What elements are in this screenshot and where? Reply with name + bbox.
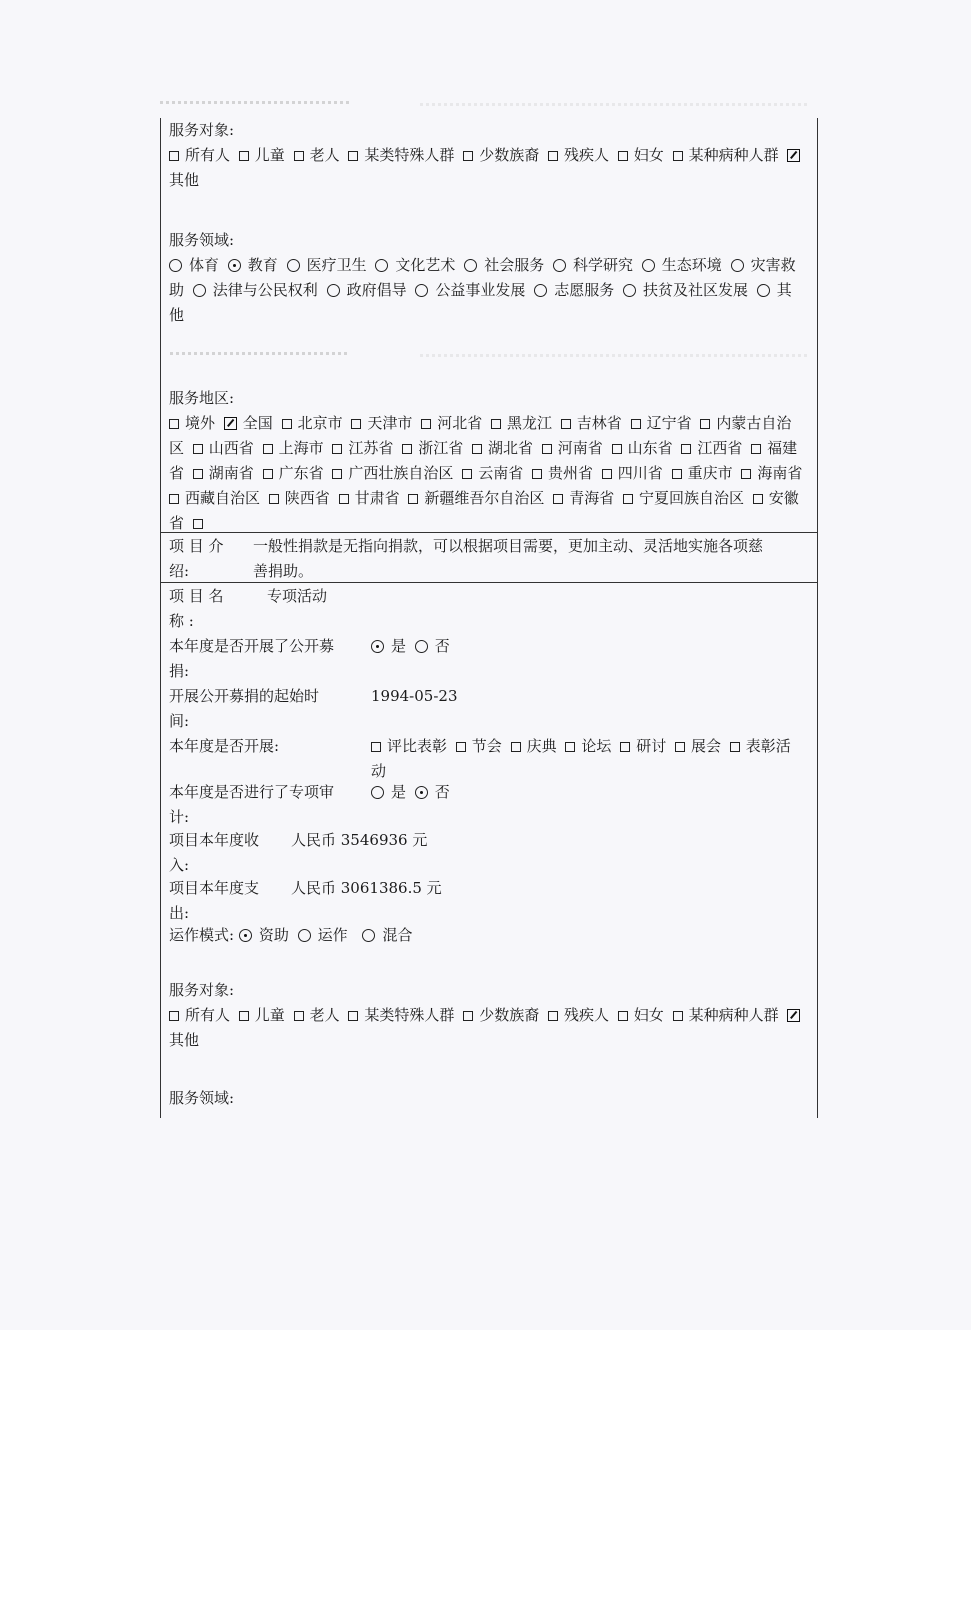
selected-radio-icon — [415, 786, 428, 799]
checkbox-icon — [602, 469, 612, 479]
radio-icon — [415, 284, 428, 297]
activities-options: 评比表彰 节会 庆典 论坛 研讨 展会 表彰活动 — [371, 734, 809, 784]
service-target-title: 服务对象: — [169, 118, 809, 143]
checkbox-icon — [730, 742, 740, 752]
radio-icon — [362, 929, 375, 942]
checkbox-icon — [700, 419, 710, 429]
fundraising-start-label: 开展公开募捐的起始时 间: — [169, 684, 364, 734]
checkbox-icon — [282, 419, 292, 429]
checkbox-icon — [620, 742, 630, 752]
radio-icon — [642, 259, 655, 272]
checked-checkbox-icon — [224, 417, 237, 430]
checkbox-icon — [421, 419, 431, 429]
checkbox-icon — [491, 419, 501, 429]
checkbox-icon — [193, 469, 203, 479]
checkbox-icon — [753, 494, 763, 504]
checked-checkbox-icon — [787, 149, 800, 162]
special-audit-options: 是 否 — [371, 780, 809, 805]
public-fundraising-options: 是 否 — [371, 634, 809, 659]
radio-icon — [371, 786, 384, 799]
income-label: 项目本年度收 入: — [169, 828, 289, 878]
selected-radio-icon — [239, 929, 252, 942]
checkbox-icon — [332, 444, 342, 454]
checkbox-icon — [623, 494, 633, 504]
service-region-options: 境外 全国 北京市 天津市 河北省 黑龙江 吉林省 辽宁省 内蒙古自治区 山西省… — [169, 411, 809, 536]
project-info-table: 服务对象: 所有人 儿童 老人 某类特殊人群 少数族裔 残疾人 妇女 某种病种人… — [160, 118, 818, 1118]
checkbox-icon — [239, 1011, 249, 1021]
checkbox-icon — [371, 742, 381, 752]
radio-icon — [287, 259, 300, 272]
radio-icon — [298, 929, 311, 942]
public-fundraising-label: 本年度是否开展了公开募 捐: — [169, 634, 364, 684]
expense-label: 项目本年度支 出: — [169, 876, 289, 926]
checkbox-icon — [169, 494, 179, 504]
radio-icon — [375, 259, 388, 272]
radio-icon — [169, 259, 182, 272]
intro-label: 项 目 介 绍: — [169, 534, 259, 584]
radio-icon — [757, 284, 770, 297]
checkbox-icon — [348, 151, 358, 161]
scan-artifact — [420, 103, 810, 106]
checkbox-icon — [193, 444, 203, 454]
checkbox-icon — [548, 1011, 558, 1021]
checkbox-icon — [565, 742, 575, 752]
row-divider — [161, 582, 817, 583]
checkbox-icon — [675, 742, 685, 752]
checkbox-icon — [751, 444, 761, 454]
radio-icon — [534, 284, 547, 297]
intro-text: 一般性捐款是无指向捐款，可以根据项目需要，更加主动、灵活地实施各项慈 善捐助。 — [253, 534, 809, 584]
checkbox-icon — [681, 444, 691, 454]
checkbox-icon — [511, 742, 521, 752]
checkbox-icon — [332, 469, 342, 479]
operation-mode-row: 运作模式: 资助 运作 混合 — [169, 923, 809, 948]
checkbox-icon — [402, 444, 412, 454]
checkbox-icon — [239, 151, 249, 161]
checkbox-icon — [339, 494, 349, 504]
radio-icon — [731, 259, 744, 272]
checkbox-icon — [269, 494, 279, 504]
checkbox-icon — [561, 419, 571, 429]
radio-icon — [623, 284, 636, 297]
service-field-title: 服务领域: — [169, 1086, 809, 1111]
checkbox-icon — [741, 469, 751, 479]
radio-icon — [193, 284, 206, 297]
expense-value: 人民币 3061386.5 元 — [291, 876, 809, 901]
fundraising-start-date: 1994-05-23 — [371, 684, 809, 709]
checkbox-icon — [673, 1011, 683, 1021]
selected-radio-icon — [228, 259, 241, 272]
service-target-title: 服务对象: — [169, 978, 809, 1003]
service-region-title: 服务地区: — [169, 386, 809, 411]
operation-mode-label: 运作模式: — [169, 926, 234, 944]
selected-radio-icon — [371, 640, 384, 653]
checkbox-icon — [294, 1011, 304, 1021]
checkbox-icon — [263, 469, 273, 479]
service-target-options: 所有人 儿童 老人 某类特殊人群 少数族裔 残疾人 妇女 某种病种人群 其他 — [169, 143, 809, 193]
checkbox-icon — [463, 1011, 473, 1021]
row-divider — [161, 532, 817, 533]
service-target-options: 所有人 儿童 老人 某类特殊人群 少数族裔 残疾人 妇女 某种病种人群 其他 — [169, 1003, 809, 1053]
checkbox-icon — [532, 469, 542, 479]
checkbox-icon — [463, 151, 473, 161]
checkbox-icon — [169, 419, 179, 429]
special-audit-label: 本年度是否进行了专项审 计: — [169, 780, 364, 830]
radio-icon — [553, 259, 566, 272]
checkbox-icon — [548, 151, 558, 161]
checkbox-icon — [193, 519, 203, 529]
checkbox-icon — [348, 1011, 358, 1021]
checkbox-icon — [672, 469, 682, 479]
checkbox-icon — [618, 1011, 628, 1021]
service-field-options: 体育 教育 医疗卫生 文化艺术 社会服务 科学研究 生态环境 灾害救助 法律与公… — [169, 253, 809, 328]
checkbox-icon — [673, 151, 683, 161]
option-all: 所有人 — [169, 146, 230, 164]
project-name-value: 专项活动 — [267, 584, 809, 609]
scan-artifact — [160, 101, 350, 104]
checkbox-icon — [612, 444, 622, 454]
checkbox-icon — [618, 151, 628, 161]
checkbox-icon — [553, 494, 563, 504]
checkbox-icon — [169, 1011, 179, 1021]
radio-icon — [327, 284, 340, 297]
project-name-label: 项 目 名 称 : — [169, 584, 269, 634]
checkbox-icon — [169, 151, 179, 161]
checkbox-icon — [631, 419, 641, 429]
radio-icon — [415, 640, 428, 653]
service-field-title: 服务领域: — [169, 228, 809, 253]
checked-checkbox-icon — [787, 1009, 800, 1022]
checkbox-icon — [263, 444, 273, 454]
checkbox-icon — [542, 444, 552, 454]
checkbox-icon — [456, 742, 466, 752]
income-value: 人民币 3546936 元 — [291, 828, 809, 853]
radio-icon — [464, 259, 477, 272]
checkbox-icon — [408, 494, 418, 504]
activities-label: 本年度是否开展: — [169, 734, 364, 759]
checkbox-icon — [294, 151, 304, 161]
checkbox-icon — [351, 419, 361, 429]
checkbox-icon — [462, 469, 472, 479]
checkbox-icon — [472, 444, 482, 454]
